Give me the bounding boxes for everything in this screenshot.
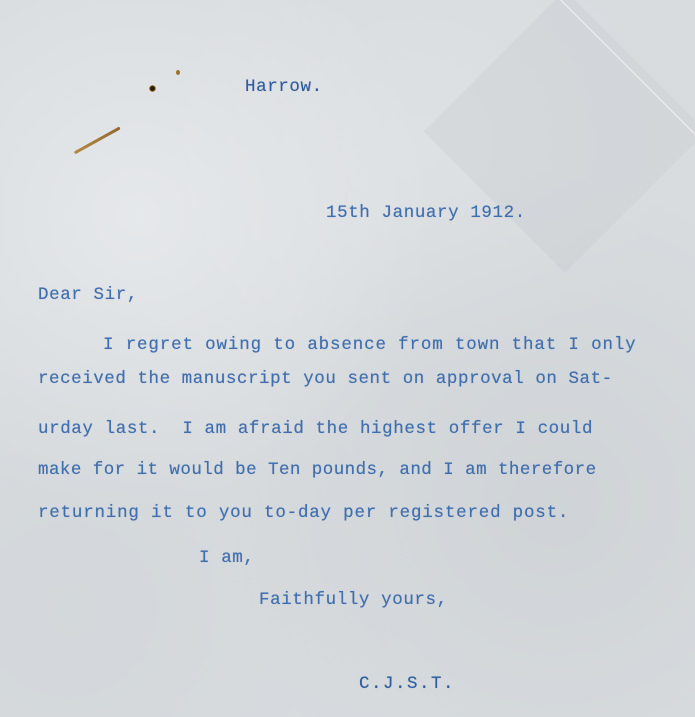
rust-stain-streak: [74, 126, 121, 154]
letter-body-line-3: urday last. I am afraid the highest offe…: [38, 421, 593, 439]
letter-salutation: Dear Sir,: [38, 287, 138, 305]
letter-body-line-5: returning it to you to-day per registere…: [38, 505, 569, 523]
letter-signature: C.J.S.T.: [359, 676, 455, 694]
rust-stain-dot: [149, 85, 156, 92]
letter-date: 15th January 1912.: [326, 205, 526, 223]
letter-closing-faithfully: Faithfully yours,: [259, 592, 448, 610]
paper-fold-shade: [424, 0, 695, 273]
letter-place: Harrow.: [245, 79, 323, 97]
rust-stain-dot-small: [176, 70, 180, 75]
letter-closing-i-am: I am,: [199, 550, 255, 568]
letter-page: Harrow. 15th January 1912. Dear Sir, I r…: [0, 0, 695, 717]
letter-body-line-4: make for it would be Ten pounds, and I a…: [38, 462, 597, 480]
letter-body-line-1: I regret owing to absence from town that…: [103, 337, 637, 355]
letter-body-line-2: received the manuscript you sent on appr…: [38, 371, 613, 389]
